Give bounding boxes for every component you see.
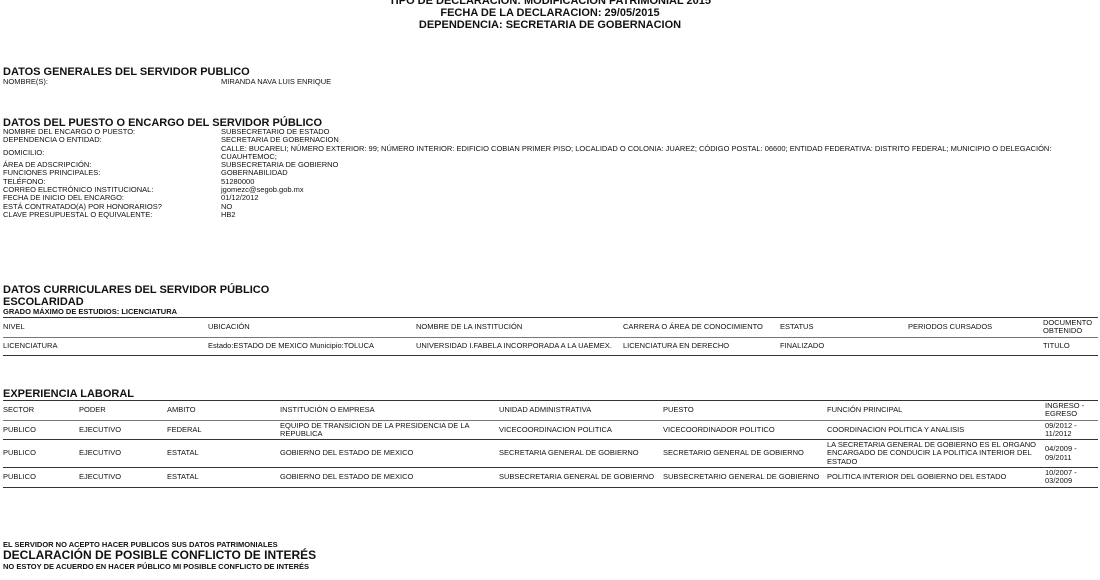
table-cell: EJECUTIVO	[79, 468, 167, 488]
declaration-dependency: DEPENDENCIA: SECRETARIA DE GOBERNACION	[0, 20, 1100, 31]
kv-row: FECHA DE INICIO DEL ENCARGO:01/12/2012	[3, 194, 1100, 202]
column-header: INSTITUCIÓN O EMPRESA	[280, 401, 499, 421]
table-cell: ESTATAL	[167, 440, 280, 468]
kv-value: MIRANDA NAVA LUIS ENRIQUE	[221, 78, 1100, 86]
table-cell: FEDERAL	[167, 420, 280, 440]
conflicto-statement: NO ESTOY DE ACUERDO EN HACER PÚBLICO MI …	[3, 562, 309, 571]
kv-value: NO	[221, 203, 1100, 211]
table-cell: LA SECRETARIA GENERAL DE GOBIERNO ES EL …	[827, 440, 1045, 468]
kv-value: GOBERNABILIDAD	[221, 169, 1100, 177]
column-header: NIVEL	[3, 318, 208, 338]
kv-value: 01/12/2012	[221, 194, 1100, 202]
kv-value: HB2	[221, 211, 1100, 219]
kv-label: CLAVE PRESUPUESTAL O EQUIVALENTE:	[3, 211, 221, 219]
table-row: PUBLICO EJECUTIVO FEDERAL EQUIPO DE TRAN…	[3, 420, 1098, 440]
table-cell: COORDINACION POLITICA Y ANALISIS	[827, 420, 1045, 440]
kv-row: NOMBRE(S): MIRANDA NAVA LUIS ENRIQUE	[3, 78, 1100, 86]
kv-row: NOMBRE DEL ENCARGO O PUESTO:SUBSECRETARI…	[3, 128, 1100, 136]
experiencia-table: SECTOR PODER AMBITO INSTITUCIÓN O EMPRES…	[3, 400, 1098, 488]
kv-row: ESTÁ CONTRATADO(A) POR HONORARIOS?NO	[3, 203, 1100, 211]
table-cell: LICENCIATURA EN DERECHO	[623, 337, 780, 355]
column-header: UNIDAD ADMINISTRATIVA	[499, 401, 663, 421]
table-cell: TITULO	[1043, 337, 1098, 355]
table-cell: SUBSECRETARIO GENERAL DE GOBIERNO	[663, 468, 827, 488]
kv-label: NOMBRE(S):	[3, 78, 221, 86]
table-cell: PUBLICO	[3, 420, 79, 440]
table-row: PUBLICO EJECUTIVO ESTATAL GOBIERNO DEL E…	[3, 440, 1098, 468]
table-cell: FINALIZADO	[780, 337, 908, 355]
table-cell	[908, 337, 1043, 355]
declaration-date: FECHA DE LA DECLARACION: 29/05/2015	[0, 8, 1100, 19]
table-cell: PUBLICO	[3, 440, 79, 468]
column-header: CARRERA O ÁREA DE CONOCIMIENTO	[623, 318, 780, 338]
escolaridad-table: NIVEL UBICACIÓN NOMBRE DE LA INSTITUCIÓN…	[3, 317, 1098, 356]
declaration-type: TIPO DE DECLARACION: MODIFICACION PATRIM…	[0, 0, 1100, 7]
table-header-row: SECTOR PODER AMBITO INSTITUCIÓN O EMPRES…	[3, 401, 1098, 421]
column-header: PUESTO	[663, 401, 827, 421]
section-title-conflicto: DECLARACIÓN DE POSIBLE CONFLICTO DE INTE…	[3, 549, 316, 561]
column-header: UBICACIÓN	[208, 318, 416, 338]
kv-row: FUNCIONES PRINCIPALES:GOBERNABILIDAD	[3, 169, 1100, 177]
table-cell: 09/2012 - 11/2012	[1045, 420, 1098, 440]
column-header: PODER	[79, 401, 167, 421]
table-row: PUBLICO EJECUTIVO ESTATAL GOBIERNO DEL E…	[3, 468, 1098, 488]
table-cell: POLITICA INTERIOR DEL GOBIERNO DEL ESTAD…	[827, 468, 1045, 488]
column-header: ESTATUS	[780, 318, 908, 338]
kv-value: 51280000	[221, 178, 1100, 186]
table-cell: UNIVERSIDAD I.FABELA INCORPORADA A LA UA…	[416, 337, 623, 355]
table-cell: VICECOORDINADOR POLITICO	[663, 420, 827, 440]
datos-puesto-list: NOMBRE DEL ENCARGO O PUESTO:SUBSECRETARI…	[3, 128, 1100, 219]
table-header-row: NIVEL UBICACIÓN NOMBRE DE LA INSTITUCIÓN…	[3, 318, 1098, 338]
kv-value: CALLE: BUCARELI; NÚMERO EXTERIOR: 99; NÚ…	[221, 145, 1100, 162]
kv-label: DOMICILIO:	[3, 145, 221, 162]
table-cell: EJECUTIVO	[79, 420, 167, 440]
table-cell: SECRETARIO GENERAL DE GOBIERNO	[663, 440, 827, 468]
kv-row: CLAVE PRESUPUESTAL O EQUIVALENTE:HB2	[3, 211, 1100, 219]
column-header: INGRESO - EGRESO	[1045, 401, 1098, 421]
column-header: SECTOR	[3, 401, 79, 421]
column-header: NOMBRE DE LA INSTITUCIÓN	[416, 318, 623, 338]
table-cell: 04/2009 - 09/2011	[1045, 440, 1098, 468]
table-cell: EJECUTIVO	[79, 440, 167, 468]
section-title-experiencia: EXPERIENCIA LABORAL	[3, 388, 134, 400]
table-cell: LICENCIATURA	[3, 337, 208, 355]
grado-maximo: GRADO MÁXIMO DE ESTUDIOS: LICENCIATURA	[3, 307, 177, 316]
column-header: FUNCIÓN PRINCIPAL	[827, 401, 1045, 421]
kv-value: SUBSECRETARIO DE ESTADO	[221, 128, 1100, 136]
table-cell: SECRETARIA GENERAL DE GOBIERNO	[499, 440, 663, 468]
kv-row: TELÉFONO:51280000	[3, 178, 1100, 186]
table-cell: ESTATAL	[167, 468, 280, 488]
column-header: DOCUMENTO OBTENIDO	[1043, 318, 1098, 338]
table-cell: VICECOORDINACION POLITICA	[499, 420, 663, 440]
table-row: LICENCIATURA Estado:ESTADO DE MEXICO Mun…	[3, 337, 1098, 355]
datos-generales-list: NOMBRE(S): MIRANDA NAVA LUIS ENRIQUE	[3, 78, 1100, 86]
kv-label: DEPENDENCIA O ENTIDAD:	[3, 136, 221, 144]
kv-row: DOMICILIO:CALLE: BUCARELI; NÚMERO EXTERI…	[3, 145, 1100, 162]
table-cell: GOBIERNO DEL ESTADO DE MEXICO	[280, 440, 499, 468]
column-header: AMBITO	[167, 401, 280, 421]
section-title-curriculares: DATOS CURRICULARES DEL SERVIDOR PÚBLICO	[3, 284, 269, 296]
table-cell: PUBLICO	[3, 468, 79, 488]
table-cell: SUBSECRETARIA GENERAL DE GOBIERNO	[499, 468, 663, 488]
column-header: PERIODOS CURSADOS	[908, 318, 1043, 338]
kv-value: SUBSECRETARIA DE GOBIERNO	[221, 161, 1100, 169]
table-cell: EQUIPO DE TRANSICION DE LA PRESIDENCIA D…	[280, 420, 499, 440]
kv-row: CORREO ELECTRÓNICO INSTITUCIONAL:jgomezc…	[3, 186, 1100, 194]
kv-row: ÁREA DE ADSCRIPCIÓN:SUBSECRETARIA DE GOB…	[3, 161, 1100, 169]
table-cell: GOBIERNO DEL ESTADO DE MEXICO	[280, 468, 499, 488]
kv-value-email: jgomezc@segob.gob.mx	[221, 186, 1100, 194]
table-cell: 10/2007 - 03/2009	[1045, 468, 1098, 488]
table-cell: Estado:ESTADO DE MEXICO Municipio:TOLUCA	[208, 337, 416, 355]
